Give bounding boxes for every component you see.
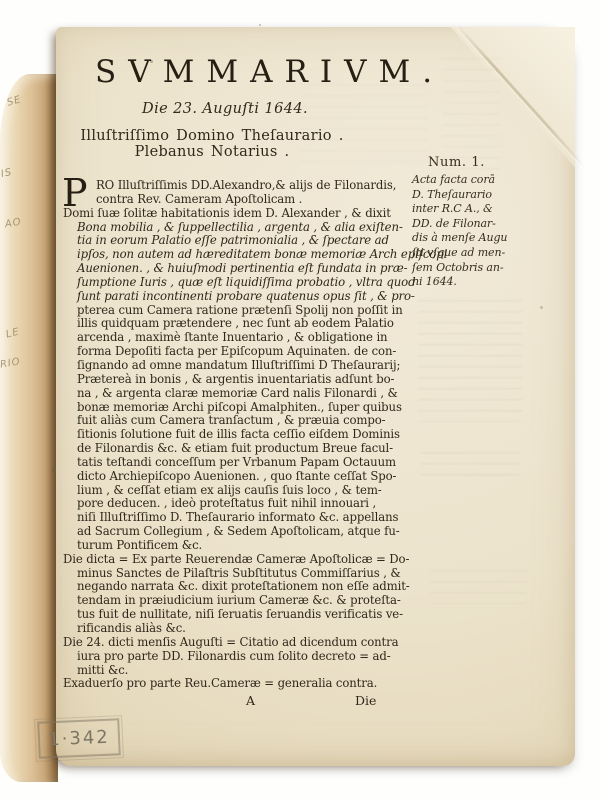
- body-line: tia in eorum Palatio eſſe patrimonialia …: [63, 234, 409, 248]
- body-line: ad Sacrum Collegium , & Sedem Apoſtolica…: [63, 525, 409, 539]
- body-line: illis quidquam prætendere , nec ſunt ab …: [63, 317, 409, 331]
- book-photo: SEISAOLERIO SVMMARIVM. Die 23. Auguſti 1…: [0, 0, 600, 800]
- body-line: Domi ſuæ ſolitæ habitationis idem D. Ale…: [63, 207, 409, 221]
- body-line: contra Rev. Cameram Apoſtolicam .: [63, 193, 409, 207]
- page-title: SVMMARIVM.: [95, 54, 425, 90]
- signature-mark: A: [246, 693, 255, 708]
- edge-fragment: RIO: [0, 356, 22, 370]
- body-line: RO Illuſtriſſimis DD.Alexandro,& alijs d…: [63, 179, 409, 193]
- ink-speck: [540, 306, 543, 309]
- body-line: Die 24. dicti menſis Auguſti = Citatio a…: [63, 636, 409, 650]
- body-line: ſunt parati incontinenti probare quatenu…: [63, 290, 409, 304]
- body-line: forma Depoſiti facta per Epiſcopum Aquin…: [63, 345, 409, 359]
- ink-speck: [52, 468, 56, 472]
- margin-note-line: DD. de Filonar-: [412, 217, 524, 232]
- body-line: tatis teſtandi conceſſum per Vrbanum Pap…: [63, 456, 409, 470]
- body-line: negando narrata &c. dixit proteſtationem…: [63, 580, 409, 594]
- margin-note-line: ſem Octobris an-: [412, 261, 524, 276]
- shelfmark-label: 1·342: [48, 727, 110, 751]
- body-line: Auenionen. , & huiuſmodi pertinentia eſt…: [63, 262, 409, 276]
- body-line: minus Sanctes de Pilaſtris Subſtitutus C…: [63, 567, 409, 581]
- body-line: pore deducen. , ideò proteſtatus fuit ni…: [63, 497, 409, 511]
- body-text: P RO Illuſtriſſimis DD.Alexandro,& alijs…: [63, 179, 409, 708]
- show-through-patch: [430, 570, 526, 604]
- edge-fragment: LE: [5, 326, 21, 340]
- body-line: iura pro parte DD. Filonardis cum ſolito…: [63, 650, 409, 664]
- body-line: ipſos, non autem ad hæreditatem bonæ mem…: [63, 248, 409, 262]
- body-line: fuit aliàs cum Camera tranſactum , & præ…: [63, 414, 409, 428]
- body-line: tus fuit de nullitate, niſi ſeruatis ſer…: [63, 608, 409, 622]
- previous-page-edge: SEISAOLERIO: [0, 74, 58, 782]
- catchword: Die: [355, 693, 376, 708]
- shelfmark-box: 1·342: [37, 718, 121, 759]
- edge-fragment: SE: [6, 94, 23, 109]
- salutation-line-1: Illuſtriſſimo Domino Theſaurario .: [47, 128, 377, 144]
- body-line: mitti &c.: [63, 664, 409, 678]
- body-line: de Filonardis &c. & etiam fuit productum…: [63, 442, 409, 456]
- body-line: rificandis aliàs &c.: [63, 622, 409, 636]
- body-line: lium , & ceſſat etiam ex alijs cauſis ſu…: [63, 484, 409, 498]
- body-line: Prætereà in bonis , & argentis inuentari…: [63, 373, 409, 387]
- body-line: bonæ memoriæ Archi piſcopi Amalphiten., …: [63, 401, 409, 415]
- date-line: Die 23. Auguſti 1644.: [60, 101, 390, 117]
- body-line: pterea cum Camera ratione prætenſi Spoli…: [63, 304, 409, 318]
- show-through-patch: [421, 452, 519, 482]
- margin-note: Num. 1. Acta facta corāD. Theſaurarioint…: [412, 155, 524, 290]
- body-line: ſumptione Iuris , quæ eſt liquidiſſima p…: [63, 276, 409, 290]
- margin-note-line: ni 1644.: [412, 275, 524, 290]
- catch-row: A Die: [63, 693, 409, 708]
- margin-note-line: D. Theſaurario: [412, 188, 524, 203]
- margin-note-line: Acta facta corā: [412, 173, 524, 188]
- body-line: turum Pontificem &c.: [63, 539, 409, 553]
- body-line: na , & argenta claræ memoriæ Card nalis …: [63, 387, 409, 401]
- margin-note-number: Num. 1.: [412, 155, 524, 170]
- body-lines: RO Illuſtriſſimis DD.Alexandro,& alijs d…: [63, 179, 409, 691]
- body-line: arcenda , maximè ſtante Inuentario , & o…: [63, 331, 409, 345]
- margin-note-line: dis à menſe Augu: [412, 231, 524, 246]
- body-line: dicto Archiepiſcopo Auenionen. , quo ſta…: [63, 470, 409, 484]
- salutation-line-2: Plebanus Notarius .: [47, 144, 377, 160]
- body-line: Exaduerſo pro parte Reu.Cameræ = general…: [63, 677, 409, 691]
- body-line: niſi Illuſtriſſimo D. Theſaurario inform…: [63, 511, 409, 525]
- body-line: ſignando ad omne mandatum Illuſtriſſimi …: [63, 359, 409, 373]
- ink-speck: [259, 24, 261, 26]
- body-line: ſitionis ſolutione fuit de illis facta c…: [63, 428, 409, 442]
- show-through-patch: [418, 300, 522, 422]
- drop-cap: P: [62, 179, 88, 208]
- margin-note-lines: Acta facta corāD. Theſaurariointer R.C A…: [412, 173, 524, 290]
- edge-fragment: IS: [0, 167, 13, 180]
- edge-fragment: AO: [4, 217, 22, 231]
- body-line: Bona mobilia , & ſuppellectilia , argent…: [63, 221, 409, 235]
- body-line: Die dicta = Ex parte Reuerendæ Cameræ Ap…: [63, 553, 409, 567]
- margin-note-line: inter R.C A., &: [412, 202, 524, 217]
- body-line: tendam in præiudicium iurium Cameræ &c. …: [63, 594, 409, 608]
